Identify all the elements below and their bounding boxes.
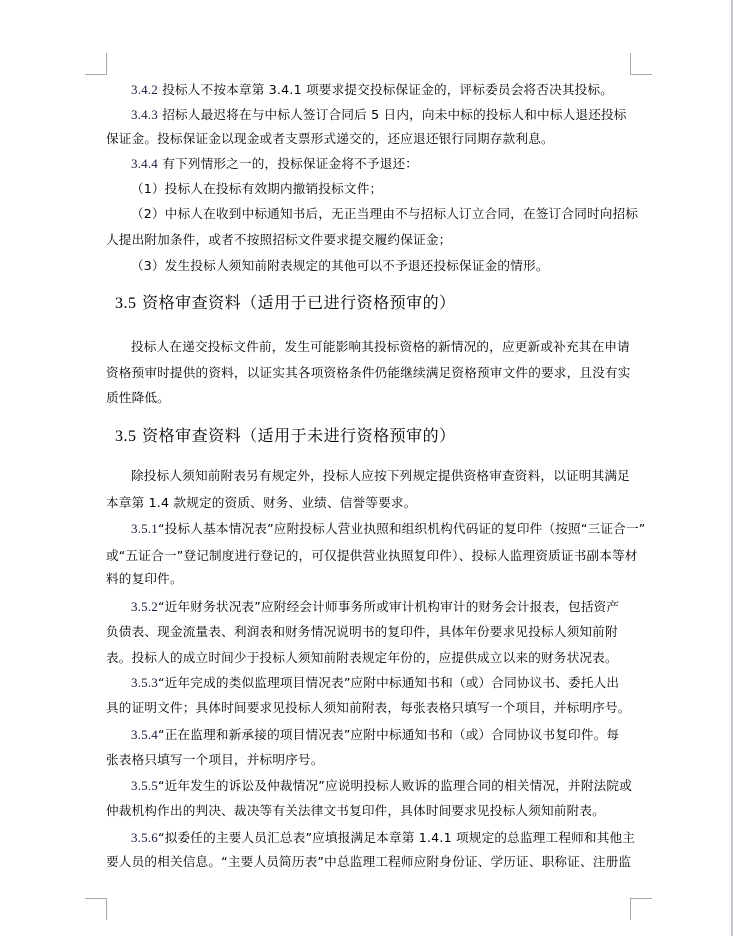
paragraph-prequalified-2: 资格预审时提供的资料，以证实其各项资格条件仍能继续满足资格预审文件的要求，且没有… xyxy=(106,365,626,381)
clause-text: 人提出附加条件，或者不按照招标文件要求提交履约保证金； xyxy=(106,232,451,247)
clause-3-5-5-cont: 仲裁机构作出的判决、裁决等有关法律文书复印件，具体时间要求见投标人须知前附表。 xyxy=(106,803,626,819)
clause-text: “正在监理和新承接的项目情况表”应附中标通知书和（或）合同协议书复印件。每 xyxy=(158,727,619,742)
list-item-3: （3）发生投标人须知前附表规定的其他可以不予退还投标保证金的情形。 xyxy=(131,258,651,274)
clause-3-5-3-cont: 具的证明文件；具体时间要求见投标人须知前附表，每张表格只填写一个项目，并标明序号… xyxy=(106,700,626,716)
clause-text: “投标人基本情况表”应附投标人营业执照和组织机构代码证的复印件（按照“三证合一” xyxy=(158,521,645,536)
crop-mark-br-h xyxy=(630,898,652,899)
crop-mark-bl-h xyxy=(85,898,107,899)
clause-3-5-6-cont: 要人员的相关信息。“主要人员简历表”中总监理工程师应附身份证、学历证、职称证、注… xyxy=(106,854,626,870)
clause-number: 3.5.2 xyxy=(131,599,158,614)
crop-mark-tl-h xyxy=(85,74,107,75)
clause-number: 3.5.1 xyxy=(131,521,158,536)
clause-3-5-5: 3.5.5“近年发生的诉讼及仲裁情况”应说明投标人败诉的监理合同的相关情况，并附… xyxy=(131,778,651,794)
heading-text: 资格审查资料（适用于已进行资格预审的） xyxy=(137,293,456,312)
paragraph-prequalified-1: 投标人在递交投标文件前，发生可能影响其投标资格的新情况的，应更新或补充其在申请 xyxy=(131,339,651,355)
clause-3-5-2: 3.5.2“近年财务状况表”应附经会计师事务所或审计机构审计的财务会计报表，包括… xyxy=(131,599,651,615)
clause-text: 有下列情形之一的，投标保证金将不予退还： xyxy=(158,156,418,171)
clause-3-5-2-cont2: 表。投标人的成立时间少于投标人须知前附表规定年份的，应提供成立以来的财务状况表。 xyxy=(106,650,626,666)
crop-mark-tl-v xyxy=(106,53,107,75)
list-item-2-cont: 人提出附加条件，或者不按照招标文件要求提交履约保证金； xyxy=(106,232,626,248)
heading-text: 资格审查资料（适用于未进行资格预审的） xyxy=(137,426,456,445)
clause-3-5-1-cont: 或“五证合一”登记制度进行登记的，可仅提供营业执照复印件）、投标人监理资质证书副… xyxy=(106,548,626,564)
clause-3-5-6: 3.5.6“拟委任的主要人员汇总表”应填报满足本章第 1.4.1 项规定的总监理… xyxy=(131,830,651,846)
clause-number: 3.4.4 xyxy=(131,156,158,171)
clause-3-5-1: 3.5.1“投标人基本情况表”应附投标人营业执照和组织机构代码证的复印件（按照“… xyxy=(131,521,651,537)
paragraph-not-prequalified-1: 除投标人须知前附表另有规定外，投标人应按下列规定提供资格审查资料，以证明其满足 xyxy=(131,468,651,484)
clause-number: 3.5.3 xyxy=(131,675,158,690)
heading-number: 3.5 xyxy=(115,295,137,312)
clause-text: “近年发生的诉讼及仲裁情况”应说明投标人败诉的监理合同的相关情况，并附法院或 xyxy=(158,778,632,793)
paragraph-3-4-3-cont: 保证金。投标保证金以现金或者支票形式递交的，还应退还银行同期存款利息。 xyxy=(106,131,626,147)
crop-mark-br-v xyxy=(630,898,631,920)
clause-number: 3.5.4 xyxy=(131,727,158,742)
clause-number: 3.5.6 xyxy=(131,830,158,845)
clause-number: 3.4.2 xyxy=(131,82,158,97)
clause-text: （1）投标人在投标有效期内撤销投标文件； xyxy=(131,181,382,196)
clause-text: “近年财务状况表”应附经会计师事务所或审计机构审计的财务会计报表，包括资产 xyxy=(158,599,619,614)
crop-mark-tr-v xyxy=(630,53,631,75)
clause-text: 保证金。投标保证金以现金或者支票形式递交的，还应退还银行同期存款利息。 xyxy=(106,131,554,146)
list-item-2: （2）中标人在收到中标通知书后，无正当理由不与招标人订立合同，在签订合同时向招标 xyxy=(131,206,651,222)
section-heading-not-prequalified: 3.5 资格审查资料（适用于未进行资格预审的） xyxy=(115,426,456,447)
heading-number: 3.5 xyxy=(115,428,137,445)
paragraph-3-4-2: 3.4.2 投标人不按本章第 3.4.1 项要求提交投标保证金的，评标委员会将否… xyxy=(131,82,651,98)
clause-3-5-1-cont2: 料的复印件。 xyxy=(106,571,626,587)
clause-text: “近年完成的类似监理项目情况表”应附中标通知书和（或）合同协议书、委托人出 xyxy=(158,675,619,690)
clause-number: 3.5.5 xyxy=(131,778,158,793)
clause-text: 投标人不按本章第 3.4.1 项要求提交投标保证金的，评标委员会将否决其投标。 xyxy=(158,82,613,97)
clause-text: （2）中标人在收到中标通知书后，无正当理由不与招标人订立合同，在签订合同时向招标 xyxy=(131,206,638,221)
clause-3-5-2-cont: 负债表、现金流量表、利润表和财务情况说明书的复印件，具体年份要求见投标人须知前附 xyxy=(106,624,626,640)
clause-3-5-4-cont: 张表格只填写一个项目，并标明序号。 xyxy=(106,752,626,768)
crop-mark-tr-h xyxy=(630,74,652,75)
paragraph-not-prequalified-2: 本章第 1.4 款规定的资质、财务、业绩、信誉等要求。 xyxy=(106,495,626,511)
paragraph-prequalified-3: 质性降低。 xyxy=(106,390,626,406)
section-heading-prequalified: 3.5 资格审查资料（适用于已进行资格预审的） xyxy=(115,293,456,314)
clause-text: 招标人最迟将在与中标人签订合同后 5 日内，向未中标的投标人和中标人退还投标 xyxy=(158,107,627,122)
clause-3-5-4: 3.5.4“正在监理和新承接的项目情况表”应附中标通知书和（或）合同协议书复印件… xyxy=(131,727,651,743)
list-item-1: （1）投标人在投标有效期内撤销投标文件； xyxy=(131,181,651,197)
crop-mark-bl-v xyxy=(106,898,107,920)
clause-text: （3）发生投标人须知前附表规定的其他可以不予退还投标保证金的情形。 xyxy=(131,258,549,273)
paragraph-3-4-4: 3.4.4 有下列情形之一的，投标保证金将不予退还： xyxy=(131,156,651,172)
clause-number: 3.4.3 xyxy=(131,107,158,122)
paragraph-3-4-3: 3.4.3 招标人最迟将在与中标人签订合同后 5 日内，向未中标的投标人和中标人… xyxy=(131,107,651,123)
clause-text: “拟委任的主要人员汇总表”应填报满足本章第 1.4.1 项规定的总监理工程师和其… xyxy=(158,830,635,845)
clause-3-5-3: 3.5.3“近年完成的类似监理项目情况表”应附中标通知书和（或）合同协议书、委托… xyxy=(131,675,651,691)
